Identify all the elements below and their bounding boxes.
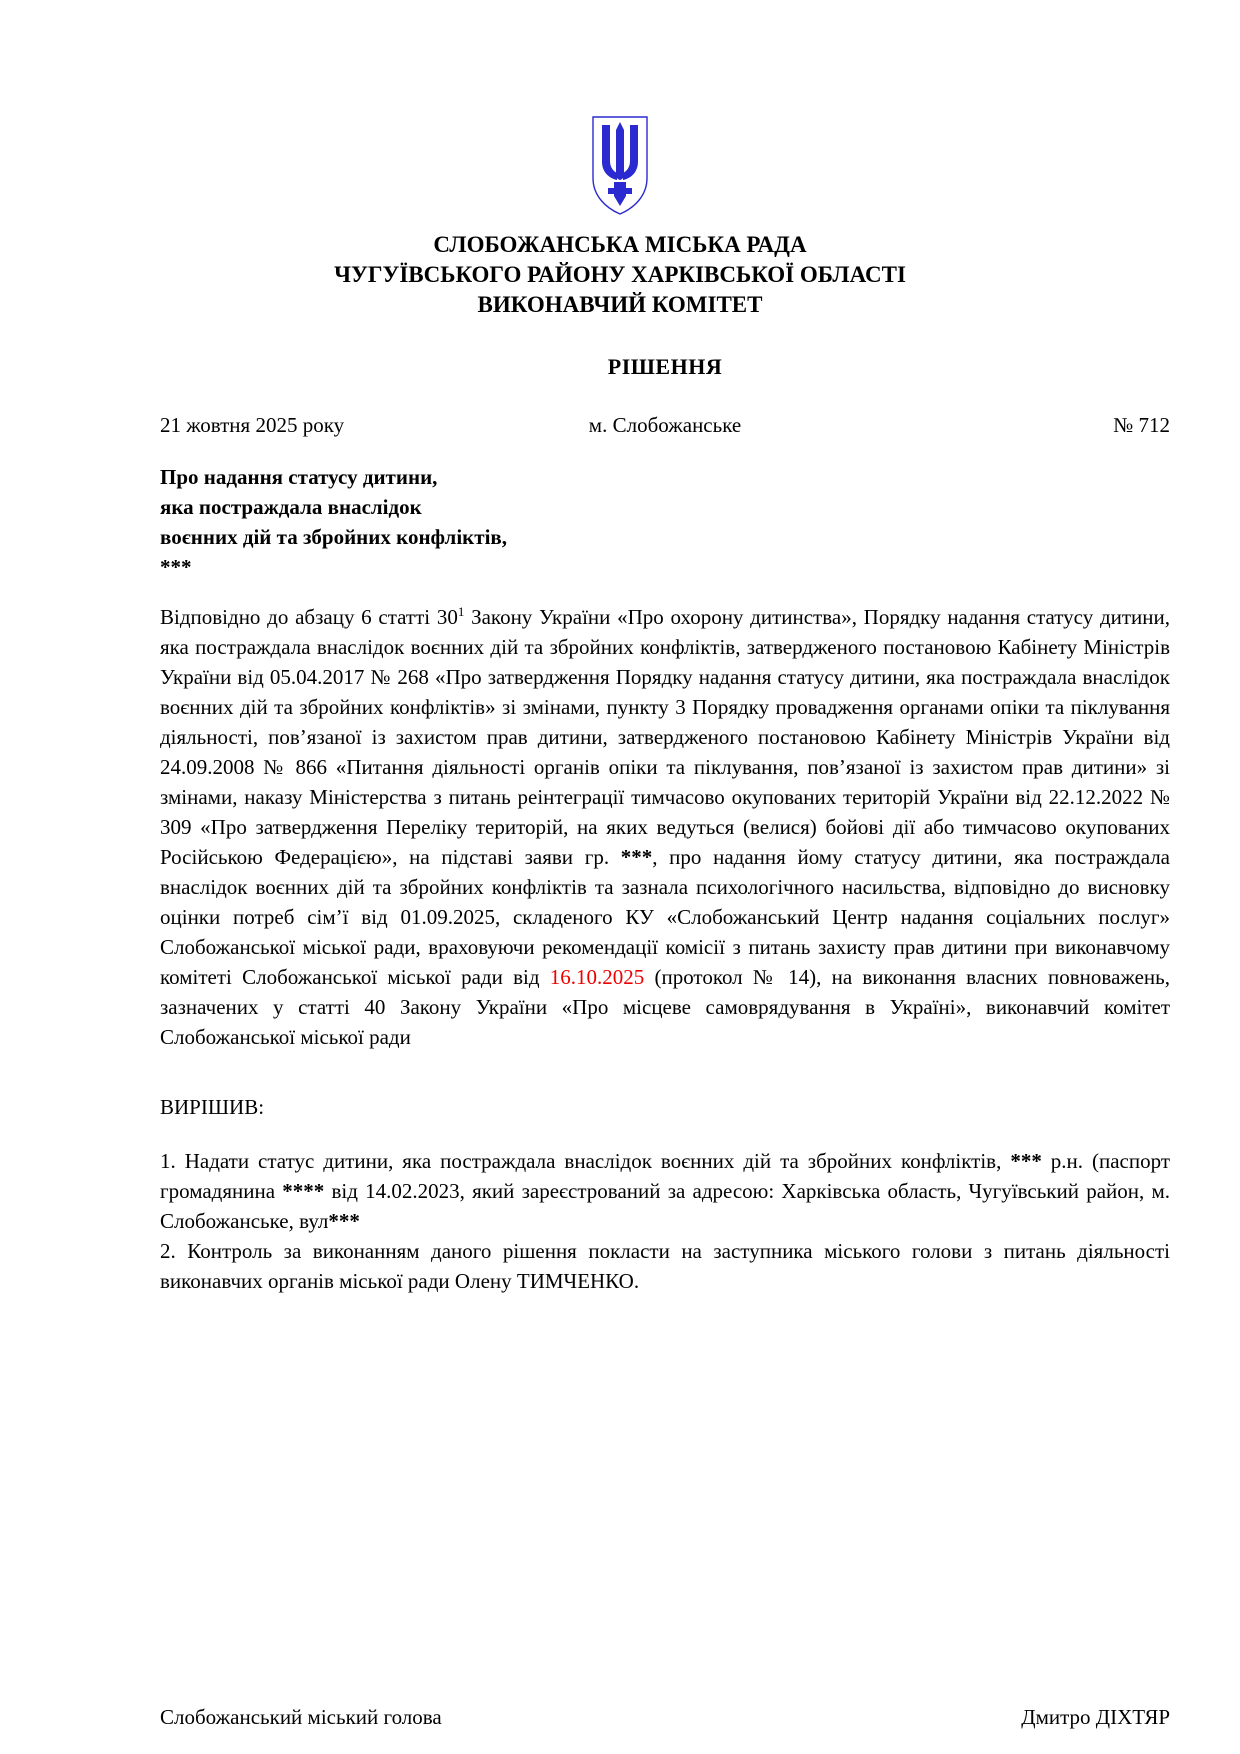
signature-title: Слобожанський міський голова bbox=[160, 1702, 442, 1732]
masked-applicant-name: *** bbox=[621, 845, 653, 869]
org-name-line-3: ВИКОНАВЧИЙ КОМІТЕТ bbox=[0, 290, 1240, 320]
preamble-paragraph: Відповідно до абзацу 6 статті 301 Закону… bbox=[160, 602, 1170, 1052]
meta-row: 21 жовтня 2025 року м. Слобожанське № 71… bbox=[160, 410, 1170, 440]
subject-line-4: *** bbox=[160, 552, 1170, 582]
resolution-item-1: 1. Надати статус дитини, яка постраждала… bbox=[160, 1146, 1170, 1236]
masked-passport-number: **** bbox=[282, 1179, 324, 1203]
signature-row: Слобожанський міський голова Дмитро ДІХТ… bbox=[160, 1702, 1170, 1732]
masked-street: *** bbox=[328, 1209, 360, 1233]
doc-type-title: РІШЕННЯ bbox=[160, 352, 1170, 382]
doc-place: м. Слобожанське bbox=[497, 410, 834, 440]
doc-number: № 712 bbox=[833, 410, 1170, 440]
preamble-text-2: Закону України «Про охорону дитинства», … bbox=[160, 605, 1170, 869]
ukraine-trident-icon bbox=[592, 116, 648, 216]
org-name-block: СЛОБОЖАНСЬКА МІСЬКА РАДА ЧУГУЇВСЬКОГО РА… bbox=[0, 230, 1240, 320]
signature-name: Дмитро ДІХТЯР bbox=[1021, 1702, 1170, 1732]
subject-line-2: яка постраждала внаслідок bbox=[160, 492, 1170, 522]
item1-text-1: 1. Надати статус дитини, яка постраждала… bbox=[160, 1149, 1010, 1173]
doc-date: 21 жовтня 2025 року bbox=[160, 410, 497, 440]
masked-child-name: *** bbox=[1010, 1149, 1042, 1173]
resolution-items: 1. Надати статус дитини, яка постраждала… bbox=[160, 1146, 1170, 1296]
subject-line-1: Про надання статусу дитини, bbox=[160, 462, 1170, 492]
document-page: СЛОБОЖАНСЬКА МІСЬКА РАДА ЧУГУЇВСЬКОГО РА… bbox=[0, 0, 1240, 1754]
subject-block: Про надання статусу дитини, яка постражд… bbox=[160, 462, 1170, 582]
resolved-label: ВИРІШИВ: bbox=[160, 1092, 1170, 1122]
resolution-item-2: 2. Контроль за виконанням даного рішення… bbox=[160, 1236, 1170, 1296]
subject-line-3: воєнних дій та збройних конфліктів, bbox=[160, 522, 1170, 552]
preamble-text-1: Відповідно до абзацу 6 статті 30 bbox=[160, 605, 458, 629]
org-name-line-2: ЧУГУЇВСЬКОГО РАЙОНУ ХАРКІВСЬКОЇ ОБЛАСТІ bbox=[0, 260, 1240, 290]
org-name-line-1: СЛОБОЖАНСЬКА МІСЬКА РАДА bbox=[0, 230, 1240, 260]
emblem bbox=[0, 0, 1240, 222]
highlighted-protocol-date: 16.10.2025 bbox=[550, 965, 645, 989]
